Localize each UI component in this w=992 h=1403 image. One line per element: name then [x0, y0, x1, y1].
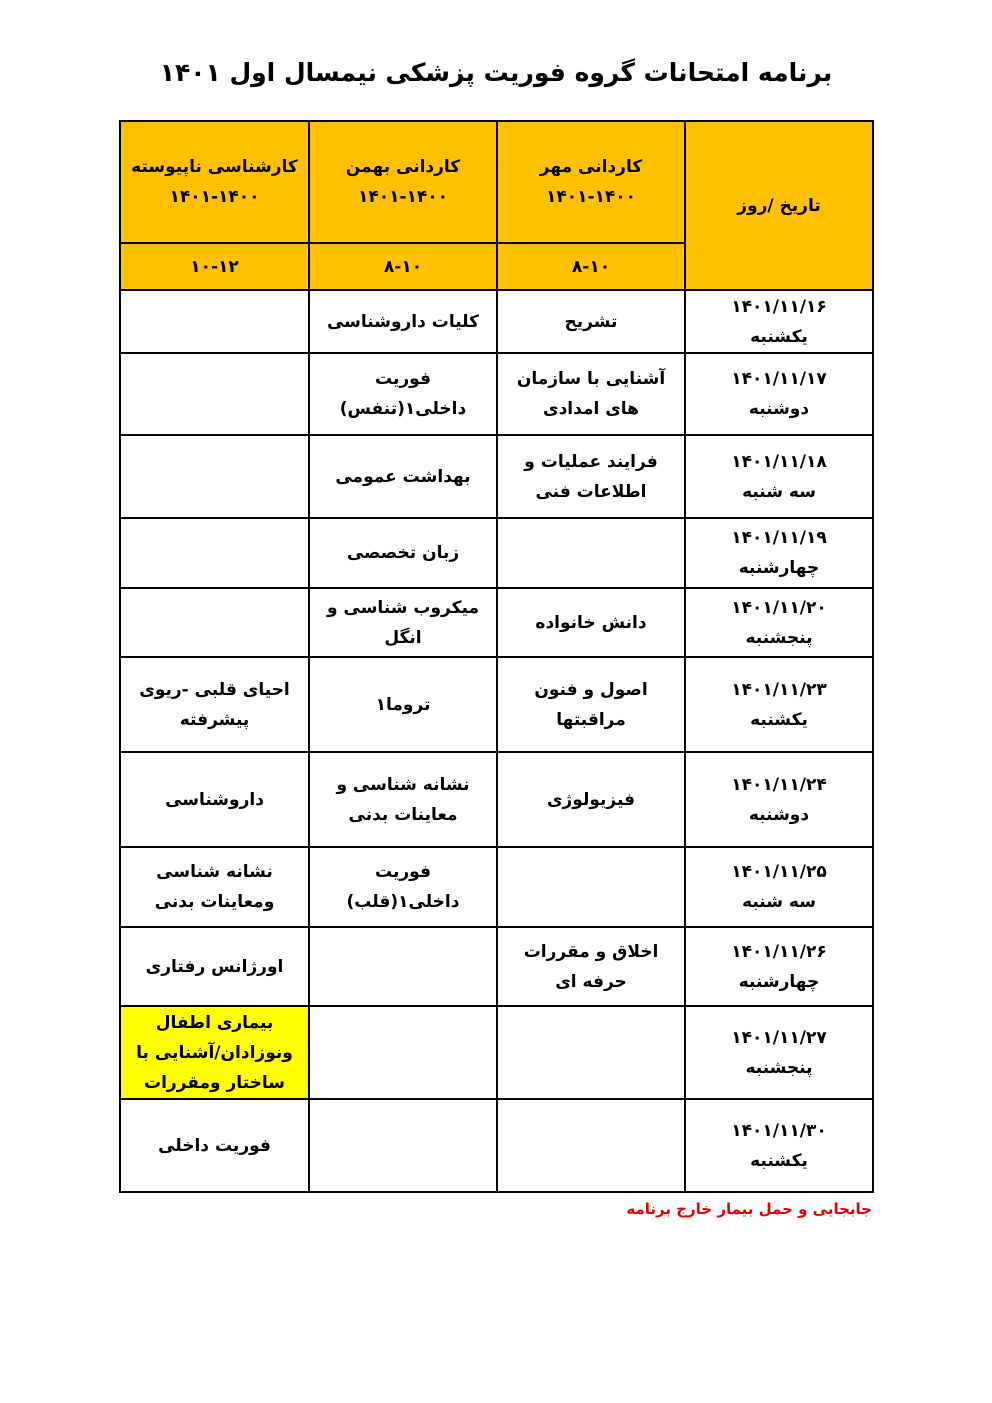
date-value: ۱۴۰۱/۱۱/۳۰ [692, 1116, 866, 1146]
exam-cell-col2 [309, 1006, 497, 1099]
exam-cell-col3: اورژانس رفتاری [120, 927, 309, 1006]
table-row: ۱۴۰۱/۱۱/۱۶یکشنبه تشریح کلیات داروشناسی [120, 290, 873, 353]
exam-cell-col2 [309, 927, 497, 1006]
exam-cell-col2: کلیات داروشناسی [309, 290, 497, 353]
date-cell: ۱۴۰۱/۱۱/۲۵سه شنبه [685, 847, 873, 927]
header-col-karshenasi: کارشناسی ناپیوسته ۱۴۰۰-۱۴۰۱ [120, 121, 309, 243]
table-row: ۱۴۰۱/۱۱/۱۸سه شنبه فرایند عملیات و اطلاعا… [120, 435, 873, 518]
table-row: ۱۴۰۱/۱۱/۱۷دوشنبه آشنایی با سازمان های ام… [120, 353, 873, 435]
exam-cell-col2: نشانه شناسی و معاینات بدنی [309, 752, 497, 847]
exam-cell-col2 [309, 1099, 497, 1192]
exam-cell-col1: فیزیولوژی [497, 752, 685, 847]
page-title: برنامه امتحانات گروه فوریت پزشکی نیمسال … [120, 58, 872, 87]
exam-cell-col2: تروما۱ [309, 657, 497, 752]
table-row: ۱۴۰۱/۱۱/۲۵سه شنبه فوریت داخلی۱(قلب) نشان… [120, 847, 873, 927]
exam-cell-col3: داروشناسی [120, 752, 309, 847]
date-cell: ۱۴۰۱/۱۱/۲۷پنجشنبه [685, 1006, 873, 1099]
exam-cell-col1: دانش خانواده [497, 588, 685, 657]
date-value: ۱۴۰۱/۱۱/۲۶ [692, 937, 866, 967]
exam-cell-col3: نشانه شناسی ومعاینات بدنی [120, 847, 309, 927]
date-value: ۱۴۰۱/۱۱/۱۷ [692, 364, 866, 394]
date-value: ۱۴۰۱/۱۱/۲۳ [692, 675, 866, 705]
exam-cell-col3 [120, 353, 309, 435]
day-name: چهارشنبه [739, 558, 820, 578]
exam-cell-col1 [497, 518, 685, 588]
date-value: ۱۴۰۱/۱۱/۲۵ [692, 857, 866, 887]
exam-cell-col1 [497, 1006, 685, 1099]
day-name: دوشنبه [749, 805, 809, 825]
exam-schedule-table: تاریخ /روز کاردانی مهر ۱۴۰۰-۱۴۰۱ کاردانی… [119, 120, 874, 1193]
day-name: دوشنبه [749, 399, 809, 419]
table-row: ۱۴۰۱/۱۱/۲۳یکشنبه اصول و فنون مراقبتها تر… [120, 657, 873, 752]
table-row: ۱۴۰۱/۱۱/۲۴دوشنبه فیزیولوژی نشانه شناسی و… [120, 752, 873, 847]
date-value: ۱۴۰۱/۱۱/۲۷ [692, 1023, 866, 1053]
day-name: پنجشنبه [745, 1058, 812, 1078]
date-value: ۱۴۰۱/۱۱/۲۴ [692, 770, 866, 800]
day-name: یکشنبه [750, 327, 808, 347]
date-cell: ۱۴۰۱/۱۱/۱۹چهارشنبه [685, 518, 873, 588]
time-slot-col3: ۱۰-۱۲ [120, 243, 309, 290]
day-name: یکشنبه [750, 710, 808, 730]
table-row: ۱۴۰۱/۱۱/۲۷پنجشنبه بیماری اطفال ونوزادان/… [120, 1006, 873, 1099]
date-value: ۱۴۰۱/۱۱/۲۰ [692, 593, 866, 623]
date-cell: ۱۴۰۱/۱۱/۱۷دوشنبه [685, 353, 873, 435]
time-slot-col1: ۸-۱۰ [497, 243, 685, 290]
day-name: پنجشنبه [745, 628, 812, 648]
table-row: ۱۴۰۱/۱۱/۲۰پنجشنبه دانش خانواده میکروب شن… [120, 588, 873, 657]
exam-cell-col1: اصول و فنون مراقبتها [497, 657, 685, 752]
date-cell: ۱۴۰۱/۱۱/۲۴دوشنبه [685, 752, 873, 847]
header-row: تاریخ /روز کاردانی مهر ۱۴۰۰-۱۴۰۱ کاردانی… [120, 121, 873, 243]
exam-cell-col1 [497, 1099, 685, 1192]
date-cell: ۱۴۰۱/۱۱/۲۶چهارشنبه [685, 927, 873, 1006]
exam-cell-col2: فوریت داخلی۱(قلب) [309, 847, 497, 927]
exam-cell-col3-highlighted: بیماری اطفال ونوزادان/آشنایی با ساختار و… [120, 1006, 309, 1099]
exam-cell-col1: آشنایی با سازمان های امدادی [497, 353, 685, 435]
day-name: چهارشنبه [739, 972, 820, 992]
table-row: ۱۴۰۱/۱۱/۲۶چهارشنبه اخلاق و مقررات حرفه ا… [120, 927, 873, 1006]
exam-cell-col3 [120, 435, 309, 518]
date-cell: ۱۴۰۱/۱۱/۳۰یکشنبه [685, 1099, 873, 1192]
header-date-day: تاریخ /روز [685, 121, 873, 290]
day-name: سه شنبه [742, 482, 816, 502]
exam-cell-col3 [120, 518, 309, 588]
date-value: ۱۴۰۱/۱۱/۱۹ [692, 523, 866, 553]
date-cell: ۱۴۰۱/۱۱/۲۰پنجشنبه [685, 588, 873, 657]
date-cell: ۱۴۰۱/۱۱/۱۸سه شنبه [685, 435, 873, 518]
exam-cell-col2: فوریت داخلی۱(تنفس) [309, 353, 497, 435]
date-value: ۱۴۰۱/۱۱/۱۶ [692, 292, 866, 322]
exam-cell-col3 [120, 290, 309, 353]
exam-cell-col1 [497, 847, 685, 927]
table-row: ۱۴۰۱/۱۱/۱۹چهارشنبه زبان تخصصی [120, 518, 873, 588]
table-row: ۱۴۰۱/۱۱/۳۰یکشنبه فوریت داخلی [120, 1099, 873, 1192]
time-slot-col2: ۸-۱۰ [309, 243, 497, 290]
footnote: جابجایی و حمل بیمار خارج برنامه [120, 1200, 872, 1218]
exam-cell-col1: تشریح [497, 290, 685, 353]
exam-cell-col2: میکروب شناسی و انگل [309, 588, 497, 657]
date-cell: ۱۴۰۱/۱۱/۲۳یکشنبه [685, 657, 873, 752]
day-name: یکشنبه [750, 1151, 808, 1171]
date-value: ۱۴۰۱/۱۱/۱۸ [692, 447, 866, 477]
exam-cell-col3: احیای قلبی -ریوی پیشرفته [120, 657, 309, 752]
exam-cell-col2: بهداشت عمومی [309, 435, 497, 518]
header-col-kardani-mehr: کاردانی مهر ۱۴۰۰-۱۴۰۱ [497, 121, 685, 243]
exam-cell-col1: فرایند عملیات و اطلاعات فنی [497, 435, 685, 518]
day-name: سه شنبه [742, 892, 816, 912]
exam-cell-col3 [120, 588, 309, 657]
exam-cell-col3: فوریت داخلی [120, 1099, 309, 1192]
header-col-kardani-bahman: کاردانی بهمن ۱۴۰۰-۱۴۰۱ [309, 121, 497, 243]
exam-cell-col2: زبان تخصصی [309, 518, 497, 588]
exam-cell-col1: اخلاق و مقررات حرفه ای [497, 927, 685, 1006]
date-cell: ۱۴۰۱/۱۱/۱۶یکشنبه [685, 290, 873, 353]
